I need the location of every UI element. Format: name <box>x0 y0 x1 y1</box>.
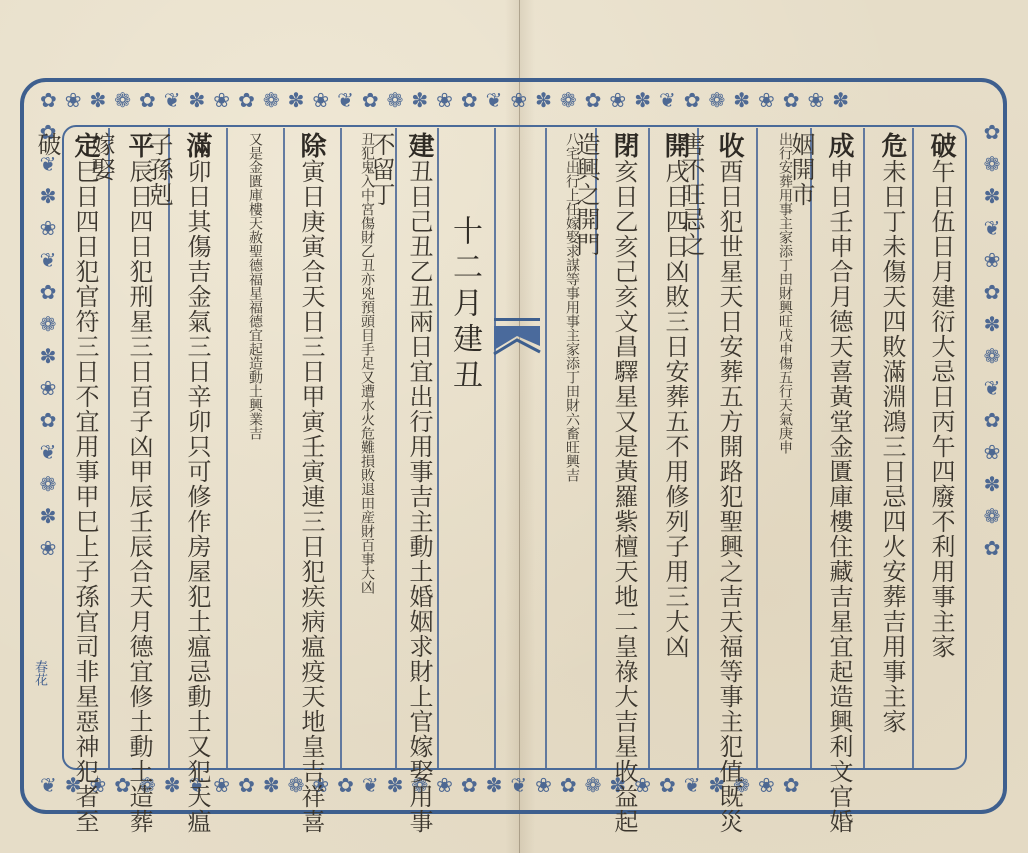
entry-column-ping: 平辰日四日犯刑星三日百子凶甲辰壬辰合天月德宜修土動土造葬嫁娶 <box>120 132 158 853</box>
column-rule <box>108 128 110 768</box>
entry-column-cheng: 成申日壬申合月德天喜黃堂金匱庫樓住藏吉星宜起造興利文官婚姻開市 <box>820 132 858 853</box>
column-rule <box>756 128 758 768</box>
entry-column-cheng-cont: 出行安葬用事主家添丁田財興旺戊申傷五行天氣庚申 <box>766 132 804 454</box>
fish-tail-icon <box>492 318 542 370</box>
entry-column-po: 破午日伍日月建衍大忌日丙午四廢不利用事主家 <box>922 132 960 659</box>
floral-border-top: ✿❀✽❁✿❦✽❀✿❁✽❀❦✿❁✽❀✿❦❀✽❁✿❀✽❦✿❁✽❀✿❀✽ <box>40 88 985 122</box>
entry-column-chu: 除寅日庚寅合天日三日甲寅壬寅連三日犯疾病瘟疫天地皇吉祥喜 <box>292 132 330 834</box>
entry-column-shou: 收酉日犯世星天日安葬五方開路犯聖興之吉天福等事主犯值既災害不旺忌之 <box>710 132 748 853</box>
column-rule <box>168 128 170 768</box>
entry-column-chu-cont: 又是金匱庫樓天赦聖德福星福德宜起造動土興業吉 <box>236 132 274 440</box>
column-rule <box>494 128 496 768</box>
column-rule <box>226 128 228 768</box>
column-rule <box>863 128 865 768</box>
entry-column-jian: 建丑日己丑乙丑兩日宜出行用事吉主動土婚姻求財上官嫁娶用事不留丁 <box>400 132 438 853</box>
column-rule <box>340 128 342 768</box>
entry-column-bi-cont: 八宅出行上任嫁娶求謀等事用事主家添丁田財六畜旺興吉 <box>553 132 591 482</box>
corner-mark: 春花 <box>30 660 49 686</box>
month-title: 十二月建丑 <box>445 215 483 395</box>
floral-border-right: ✿❁✽❦❀✿✽❁❦✿❀✽❁✿ <box>970 120 1004 770</box>
column-rule <box>283 128 285 768</box>
column-rule <box>395 128 397 768</box>
column-rule <box>648 128 650 768</box>
column-rule <box>545 128 547 768</box>
entry-column-wei: 危未日丁未傷天四敗滿淵鴻三日忌四火安葬吉用事主家 <box>873 132 911 734</box>
entry-column-man: 滿卯日其傷吉金氣三日辛卯只可修作房屋犯土瘟忌動土又犯天瘟子孫剋 <box>178 132 216 853</box>
column-rule <box>912 128 914 768</box>
entry-column-kai: 開戌日四日凶敗三日安葬五不用修列子用三大凶 <box>656 132 694 659</box>
entry-column-ding: 定巳日四日犯官符三日不宜用事甲巳上子孫官司非星惡神犯者至破 <box>66 132 104 853</box>
entry-column-bi: 閉亥日乙亥己亥文昌驛星又是黃羅紫檀天地二皇祿大吉星收益起造興之開門 <box>605 132 643 853</box>
column-rule <box>810 128 812 768</box>
entry-column-jian-cont: 丑犯鬼入中宮傷財乙丑亦兇預頭目手足又遭水火危難損敗退田産財百事大凶 <box>348 132 386 594</box>
